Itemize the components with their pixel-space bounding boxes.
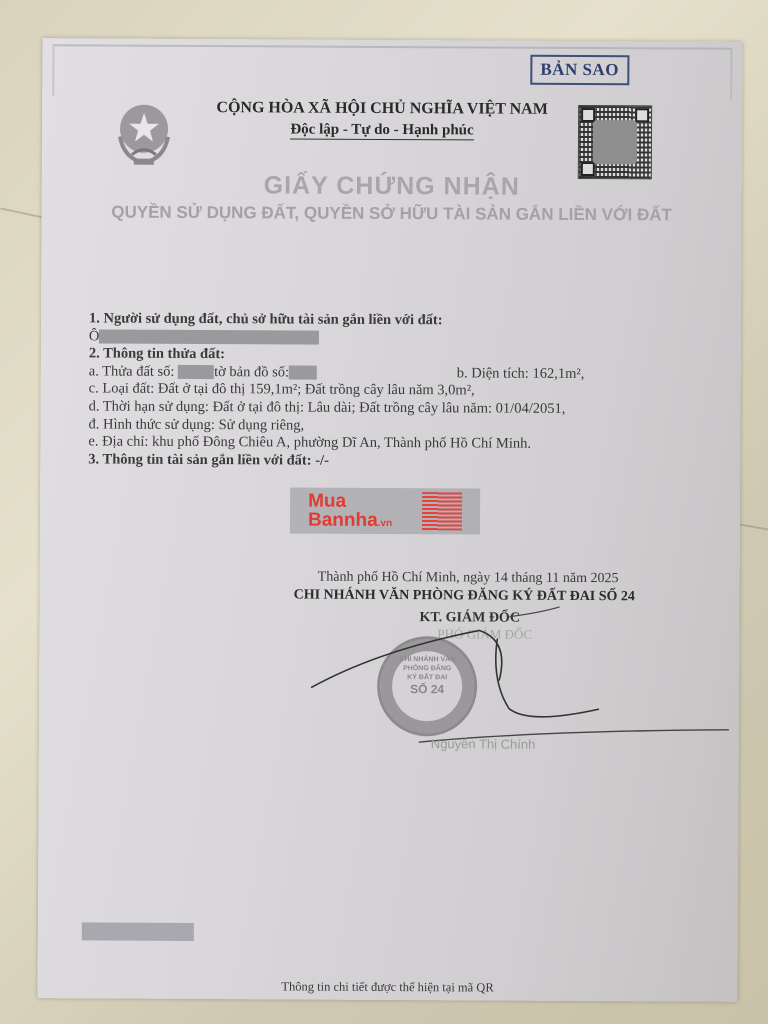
floor-tile-line [0, 207, 43, 218]
floor-tile-line [740, 524, 768, 531]
handwritten-signature-icon [39, 38, 743, 802]
serial-number-redaction [82, 922, 194, 941]
land-certificate-page: BẢN SAO CỘNG HÒA XÃ HỘI CHỦ NGHĨA VIỆT N… [37, 38, 742, 1002]
signer-name: Nguyễn Thị Chính [431, 736, 536, 752]
qr-footer-note: Thông tin chi tiết được thể hiện tại mã … [38, 978, 738, 997]
